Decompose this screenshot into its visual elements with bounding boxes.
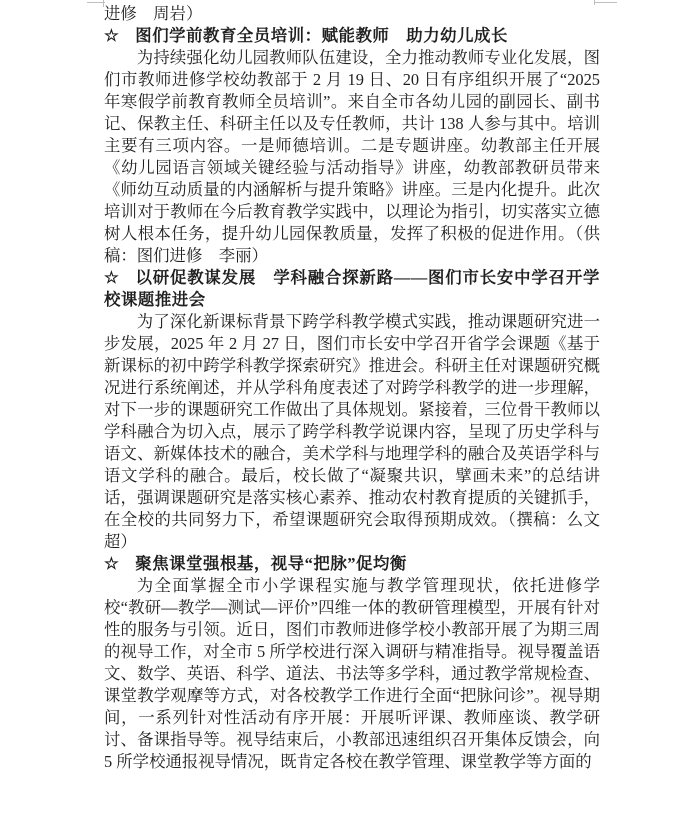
article-title-text: 以研促教谋发展 学科融合探新路——图们市长安中学召开学校课题推进会 bbox=[104, 268, 600, 309]
previous-article-tail-line: 进修 周岩） bbox=[104, 3, 600, 25]
star-icon: ☆ bbox=[104, 267, 119, 289]
article-title-text: 图们学前教育全员培训：赋能教师 助力幼儿成长 bbox=[135, 26, 508, 45]
article-body: 为全面掌握全市小学课程实施与教学管理现状，依托进修学校“教研—教学—测试—评价”… bbox=[104, 575, 600, 773]
article-body: 为了深化新课标背景下跨学科教学模式实践，推动课题研究进一步发展，2025 年 2… bbox=[104, 311, 600, 553]
article-classroom-inspection: ☆聚焦课堂强根基，视导“把脉”促均衡 为全面掌握全市小学课程实施与教学管理现状，… bbox=[104, 553, 600, 773]
article-preschool-training: ☆图们学前教育全员培训：赋能教师 助力幼儿成长 为持续强化幼儿园教师队伍建设，全… bbox=[104, 25, 600, 267]
article-title-text: 聚焦课堂强根基，视导“把脉”促均衡 bbox=[135, 554, 407, 573]
article-title: ☆聚焦课堂强根基，视导“把脉”促均衡 bbox=[104, 553, 600, 575]
article-changan-school-topic-meeting: ☆以研促教谋发展 学科融合探新路——图们市长安中学召开学校课题推进会 为了深化新… bbox=[104, 267, 600, 553]
article-body: 为持续强化幼儿园教师队伍建设，全力推动教师专业化发展，图们市教师进修学校幼教部于… bbox=[104, 47, 600, 267]
article-title: ☆图们学前教育全员培训：赋能教师 助力幼儿成长 bbox=[104, 25, 600, 47]
document-page: 进修 周岩） ☆图们学前教育全员培训：赋能教师 助力幼儿成长 为持续强化幼儿园教… bbox=[0, 0, 700, 824]
star-icon: ☆ bbox=[104, 553, 119, 575]
article-title: ☆以研促教谋发展 学科融合探新路——图们市长安中学召开学校课题推进会 bbox=[104, 267, 600, 311]
document-content: 进修 周岩） ☆图们学前教育全员培训：赋能教师 助力幼儿成长 为持续强化幼儿园教… bbox=[104, 3, 600, 773]
star-icon: ☆ bbox=[104, 25, 119, 47]
